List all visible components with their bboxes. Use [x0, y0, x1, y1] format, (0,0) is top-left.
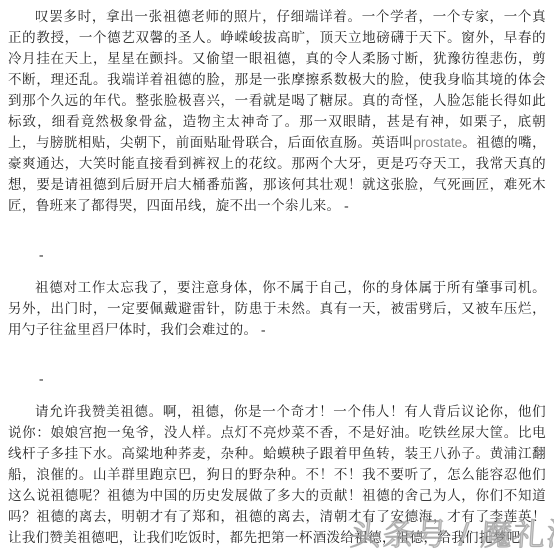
article-body: 叹罢多时，拿出一张祖德老师的照片，仔细端详着。一个学者，一个专家，一个真正的教授… — [8, 6, 546, 548]
paragraph-separator: - — [8, 368, 546, 389]
paragraph: 请允许我赞美祖德。啊，祖德，你是一个奇才！一个伟人！有人背后议论你，他们说你：娘… — [8, 401, 546, 548]
paragraph: 叹罢多时，拿出一张祖德老师的照片，仔细端详着。一个学者，一个专家，一个真正的教授… — [8, 6, 546, 216]
paragraph: 祖德对工作太忘我了，要注意身体，你不属于自己，你的身体属于所有肇事司机。另外，出… — [8, 277, 546, 340]
latin-word: prostate — [413, 135, 462, 150]
paragraph-separator: - — [8, 244, 546, 265]
article-page: 叹罢多时，拿出一张祖德老师的照片，仔细端详着。一个学者，一个专家，一个真正的教授… — [0, 0, 554, 552]
